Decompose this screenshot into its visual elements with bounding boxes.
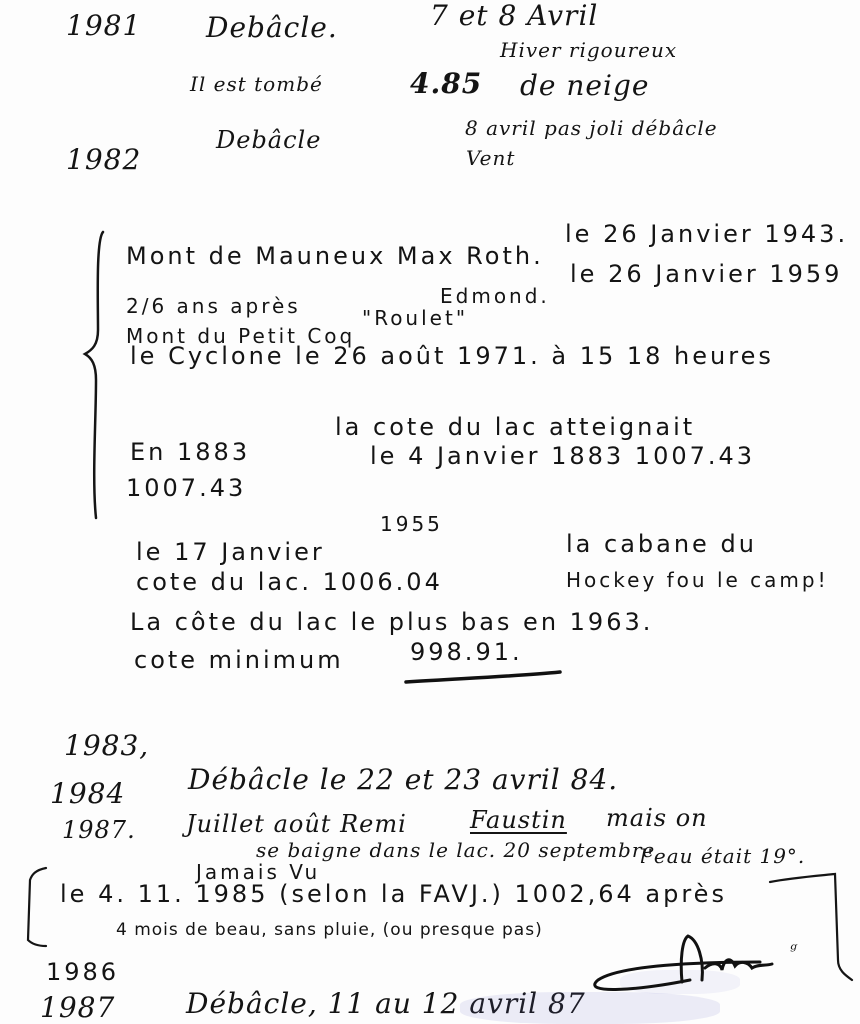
minimum-underline [406,672,560,682]
bracket-1985-right [770,874,852,980]
handwritten-page: 1981 Debâcle. 7 et 8 Avril Hiver rigoure… [0,0,860,1024]
signature-suffix: ᵍ [790,942,798,959]
curly-brace [85,232,103,518]
pen-marks [0,0,860,1024]
signature [595,936,772,989]
bracket-1985-left [28,868,46,946]
